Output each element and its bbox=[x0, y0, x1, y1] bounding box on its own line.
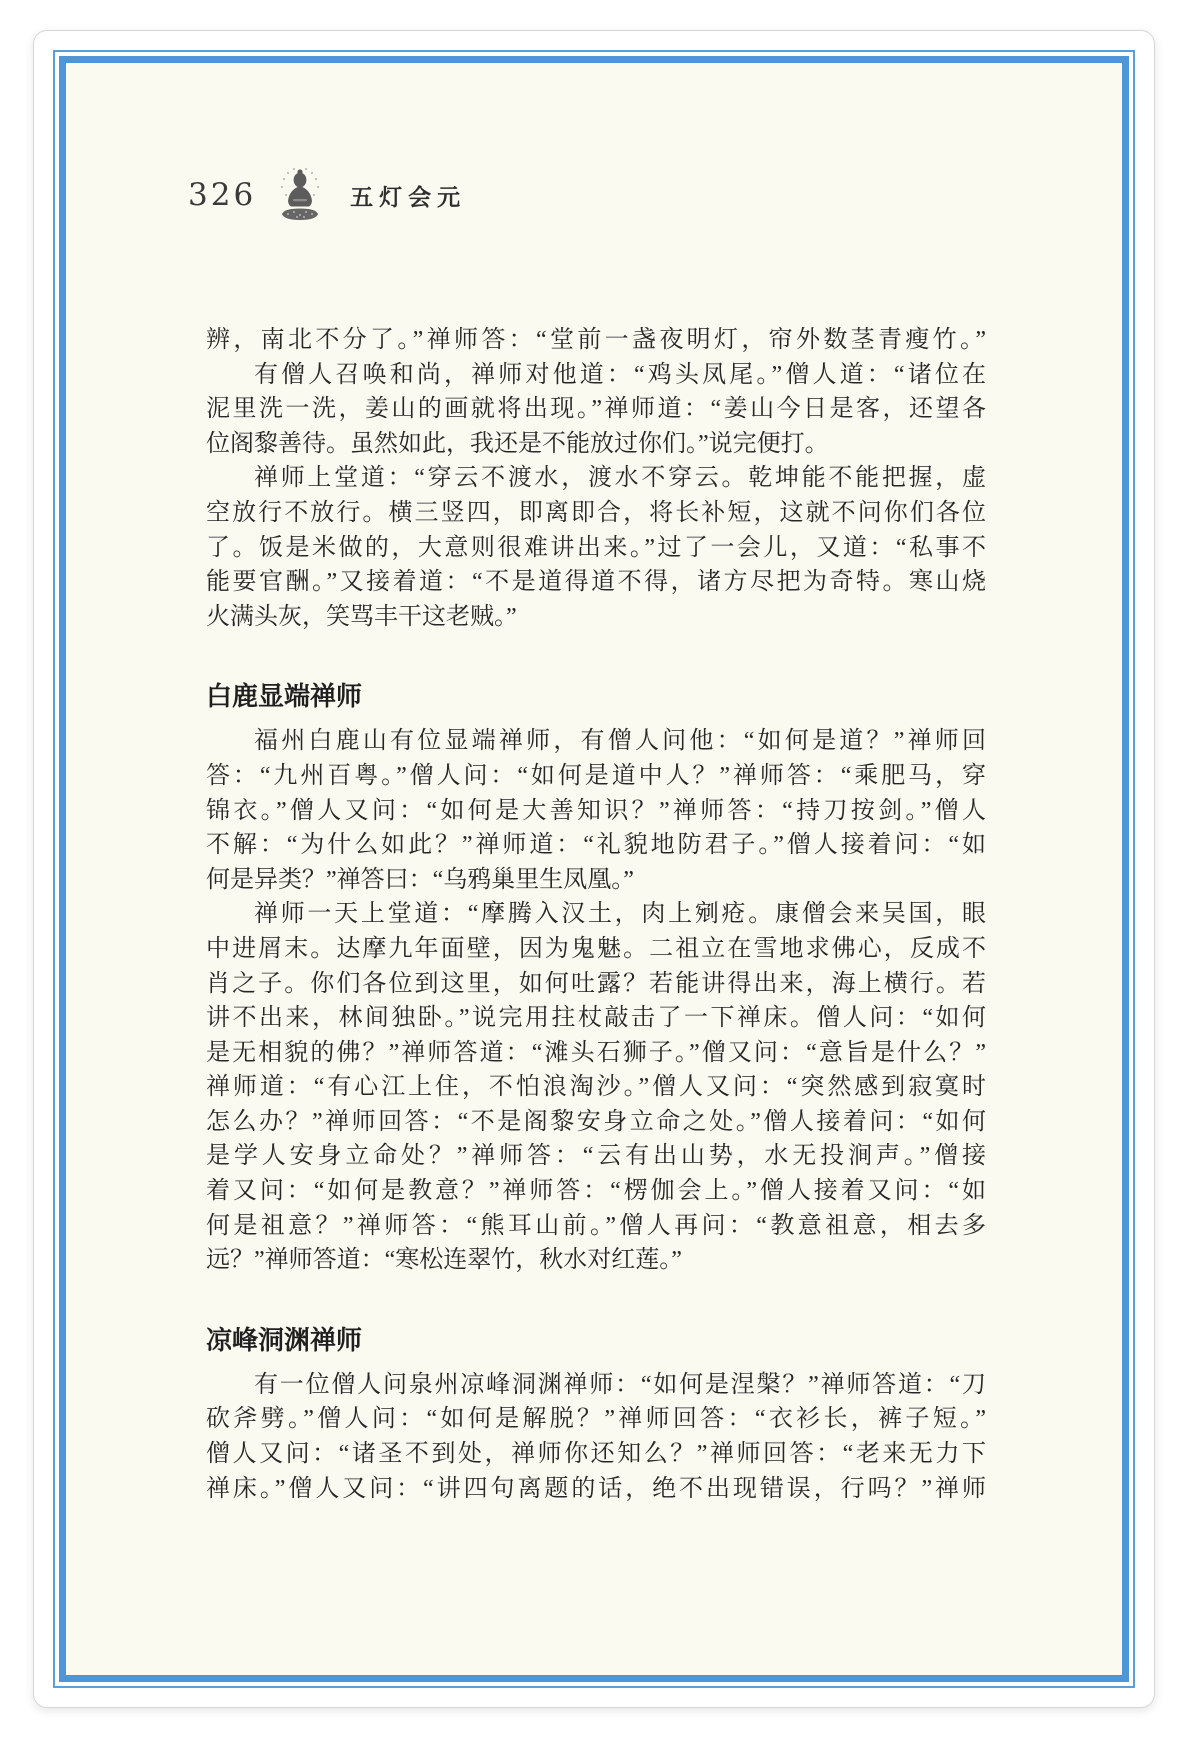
paragraph: 有一位僧人问泉州凉峰洞渊禅师：“如何是涅槃？”禅师答道：“刀砍斧劈。”僧人问：“… bbox=[206, 1368, 986, 1506]
text-line: 了。饭是米做的，大意则很难讲出来。”过了一会儿，又道：“私事不 bbox=[206, 531, 986, 566]
text-line: 空放行不放行。横三竖四，即离即合，将长补短，这就不问你们各位 bbox=[206, 496, 986, 531]
text-line: 僧人又问：“诸圣不到处，禅师你还知么？”禅师回答：“老来无力下 bbox=[206, 1437, 986, 1472]
text-line: 着又问：“如何是教意？”禅师答：“楞伽会上。”僧人接着又问：“如 bbox=[206, 1174, 986, 1209]
text-line: 能要官酬。”又接着道：“不是道得道不得，诸方尽把为奇特。寒山烧 bbox=[206, 565, 986, 600]
text-line: 答：“九州百粤。”僧人问：“如何是道中人？”禅师答：“乘肥马，穿 bbox=[206, 759, 986, 794]
text-line: 禅床。”僧人又问：“讲四句离题的话，绝不出现错误，行吗？”禅师 bbox=[206, 1472, 986, 1507]
text-line: 是学人安身立命处？”禅师答：“云有出山势，水无投涧声。”僧接 bbox=[206, 1139, 986, 1174]
text-line: 中进屑末。达摩九年面壁，因为鬼魅。二祖立在雪地求佛心，反成不 bbox=[206, 932, 986, 967]
text-line: 有僧人召唤和尚，禅师对他道：“鸡头凤尾。”僧人道：“诸位在 bbox=[206, 358, 986, 393]
page-number: 326 bbox=[188, 177, 256, 213]
text-line: 火满头灰，笑骂丰干这老贼。” bbox=[206, 600, 986, 635]
text-line: 福州白鹿山有位显端禅师，有僧人问他：“如何是道？”禅师回 bbox=[206, 724, 986, 759]
outer-blue-frame: 326 bbox=[53, 50, 1135, 1688]
text-line: 砍斧劈。”僧人问：“如何是解脱？”禅师回答：“衣衫长，裤子短。” bbox=[206, 1402, 986, 1437]
section-heading: 凉峰洞渊禅师 bbox=[206, 1318, 986, 1362]
text-line: 是无相貌的佛？”禅师答道：“滩头石狮子。”僧又问：“意旨是什么？” bbox=[206, 1036, 986, 1071]
text-line: 有一位僧人问泉州凉峰洞渊禅师：“如何是涅槃？”禅师答道：“刀 bbox=[206, 1368, 986, 1403]
book-page-card: 326 bbox=[33, 30, 1155, 1708]
text-line: 禅师道：“有心江上住，不怕浪淘沙。”僧人又问：“突然感到寂寞时 bbox=[206, 1070, 986, 1105]
page-content: 辨，南北不分了。”禅师答：“堂前一盏夜明灯，帘外数茎青瘦竹。”有僧人召唤和尚，禅… bbox=[206, 323, 986, 1506]
paper: 326 bbox=[66, 63, 1122, 1675]
text-line: 远？”禅师答道：“寒松连翠竹，秋水对红莲。” bbox=[206, 1243, 986, 1278]
text-line: 泥里洗一洗，姜山的画就将出现。”禅师道：“姜山今日是客，还望各 bbox=[206, 392, 986, 427]
text-line: 锦衣。”僧人又问：“如何是大善知识？”禅师答：“持刀按剑。”僧人 bbox=[206, 794, 986, 829]
paragraph: 辨，南北不分了。”禅师答：“堂前一盏夜明灯，帘外数茎青瘦竹。” bbox=[206, 323, 986, 358]
section-heading: 白鹿显端禅师 bbox=[206, 674, 986, 718]
paragraph: 有僧人召唤和尚，禅师对他道：“鸡头凤尾。”僧人道：“诸位在泥里洗一洗，姜山的画就… bbox=[206, 358, 986, 462]
text-line: 禅师一天上堂道：“摩腾入汉土，肉上剜疮。康僧会来吴国，眼 bbox=[206, 897, 986, 932]
text-line: 位阁黎善待。虽然如此，我还是不能放过你们。”说完便打。 bbox=[206, 427, 986, 462]
text-line: 何是异类？”禅答曰：“乌鸦巢里生凤凰。” bbox=[206, 863, 986, 898]
paragraph: 禅师上堂道：“穿云不渡水，渡水不穿云。乾坤能不能把握，虚空放行不放行。横三竖四，… bbox=[206, 461, 986, 634]
book-title: 五灯会元 bbox=[350, 179, 466, 212]
inner-blue-frame: 326 bbox=[59, 56, 1129, 1682]
text-line: 辨，南北不分了。”禅师答：“堂前一盏夜明灯，帘外数茎青瘦竹。” bbox=[206, 323, 986, 358]
text-line: 讲不出来，林间独卧。”说完用拄杖敲击了一下禅床。僧人问：“如何 bbox=[206, 1001, 986, 1036]
text-line: 何是祖意？”禅师答：“熊耳山前。”僧人再问：“教意祖意，相去多 bbox=[206, 1209, 986, 1244]
paragraph: 福州白鹿山有位显端禅师，有僧人问他：“如何是道？”禅师回答：“九州百粤。”僧人问… bbox=[206, 724, 986, 897]
text-line: 不解：“为什么如此？”禅师道：“礼貌地防君子。”僧人接着问：“如 bbox=[206, 828, 986, 863]
paragraph: 禅师一天上堂道：“摩腾入汉土，肉上剜疮。康僧会来吴国，眼中进屑末。达摩九年面壁，… bbox=[206, 897, 986, 1278]
text-line: 肖之子。你们各位到这里，如何吐露？若能讲得出来，海上横行。若 bbox=[206, 967, 986, 1002]
page-header: 326 bbox=[188, 163, 1122, 227]
text-line: 怎么办？”禅师回答：“不是阁黎安身立命之处。”僧人接着问：“如何 bbox=[206, 1105, 986, 1140]
buddha-icon bbox=[274, 165, 326, 225]
text-line: 禅师上堂道：“穿云不渡水，渡水不穿云。乾坤能不能把握，虚 bbox=[206, 461, 986, 496]
